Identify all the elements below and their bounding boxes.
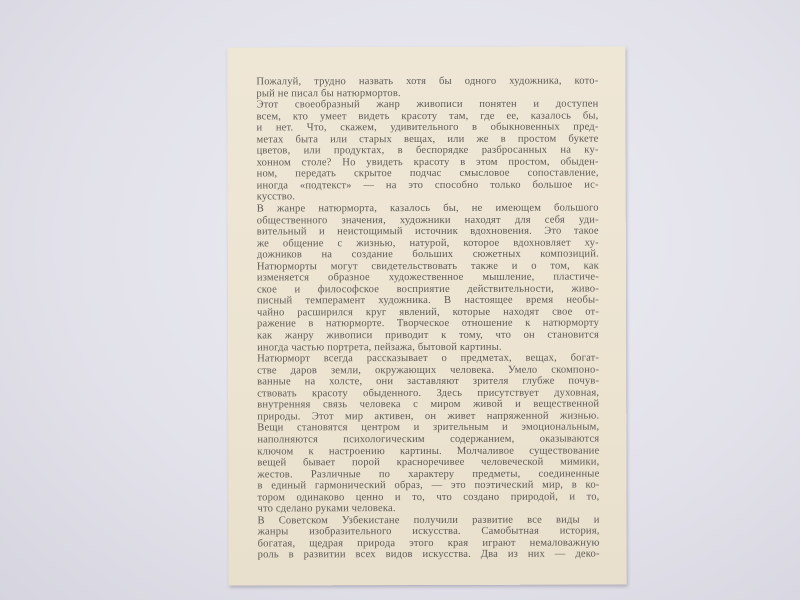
text-line: дожников на создание больших сюжетных ко… [257,249,599,261]
text-line: изменяется образное художественное мышле… [257,272,599,284]
text-line: иногда «подтекст» — на это способно толь… [257,179,599,191]
text-line: ствовать красоту обыденного. Здесь прису… [257,387,599,399]
text-line: всем, кто умеет видеть красоту там, где … [256,110,598,122]
text-line: как жанру живописи приводит к тому, что … [257,330,599,342]
text-line: общественного значения, художники находя… [257,214,599,226]
text-line: В Советском Узбекистане получили развити… [258,514,600,526]
text-line: иногда частью портрета, пейзажа, бытовой… [257,341,599,353]
text-line: писный темперамент художника. В настояще… [257,295,599,307]
text-line: рый не писал бы натюрмортов. [256,87,598,99]
text-line: стве даров земли, окружающих человека. У… [257,364,599,376]
text-line: ское и философское восприятие действител… [257,283,599,295]
text-line: ключом к настроению картины. Молчаливое … [257,445,599,457]
text-line: роль в развитии всех видов искусства. Дв… [258,549,600,561]
text-line: внутренняя связь человека с миром живой … [257,399,599,411]
text-line: вительный и неистощимый источник вдохнов… [257,226,599,238]
text-line: кусство. [257,191,599,203]
text-line: вещей бывает порой красноречивее человеч… [257,457,599,469]
text-line: жанры изобразительного искусства. Самобы… [258,526,600,538]
text-line: же общение с жизнью, натурой, которое вд… [257,237,599,249]
text-line: Натюрморты могут свидетельствовать также… [257,260,599,272]
text-line: В жанре натюрморта, казалось бы, не имею… [257,203,599,215]
text-line: тором одинаково ценно и то, что создано … [257,491,599,503]
text-line: Вещи становятся центром и зрительным и э… [257,422,599,434]
text-line: жестов. Различные по характеру предметы,… [257,468,599,480]
printed-page: Пожалуй, трудно назвать хотя бы одного х… [227,46,626,585]
text-line: Натюрморт всегда рассказывает о предмета… [257,353,599,365]
text-line: Этот своеобразный жанр живописи понятен … [256,99,598,111]
text-line: наполняются психологическим содержанием,… [257,434,599,446]
text-line: цветов, или продуктах, в беспорядке разб… [257,145,599,157]
text-line: и нет. Что, скажем, удивительного в обык… [256,122,598,134]
text-line: богатая, щедрая природа этого края играю… [258,537,600,549]
text-line: Пожалуй, трудно назвать хотя бы одного х… [256,76,598,88]
text-line: природы. Этот мир активен, он живет напр… [257,410,599,422]
text-line: ном, передать скрытое подчас смысловое с… [257,168,599,180]
text-line: метах быта или старых вещах, или же в пр… [257,133,599,145]
text-line: что сделано руками человека. [257,503,599,515]
text-line: хонном столе? Но увидеть красоту в этом … [257,156,599,168]
page-text: Пожалуй, трудно назвать хотя бы одного х… [256,76,599,562]
text-line: ражение в натюрморте. Творческое отношен… [257,318,599,330]
text-line: ванные на холсте, они заставляют зрителя… [257,376,599,388]
text-line: чайно расширился круг явлений, которые н… [257,306,599,318]
text-line: в единый гармонический образ, — это поэт… [257,480,599,492]
